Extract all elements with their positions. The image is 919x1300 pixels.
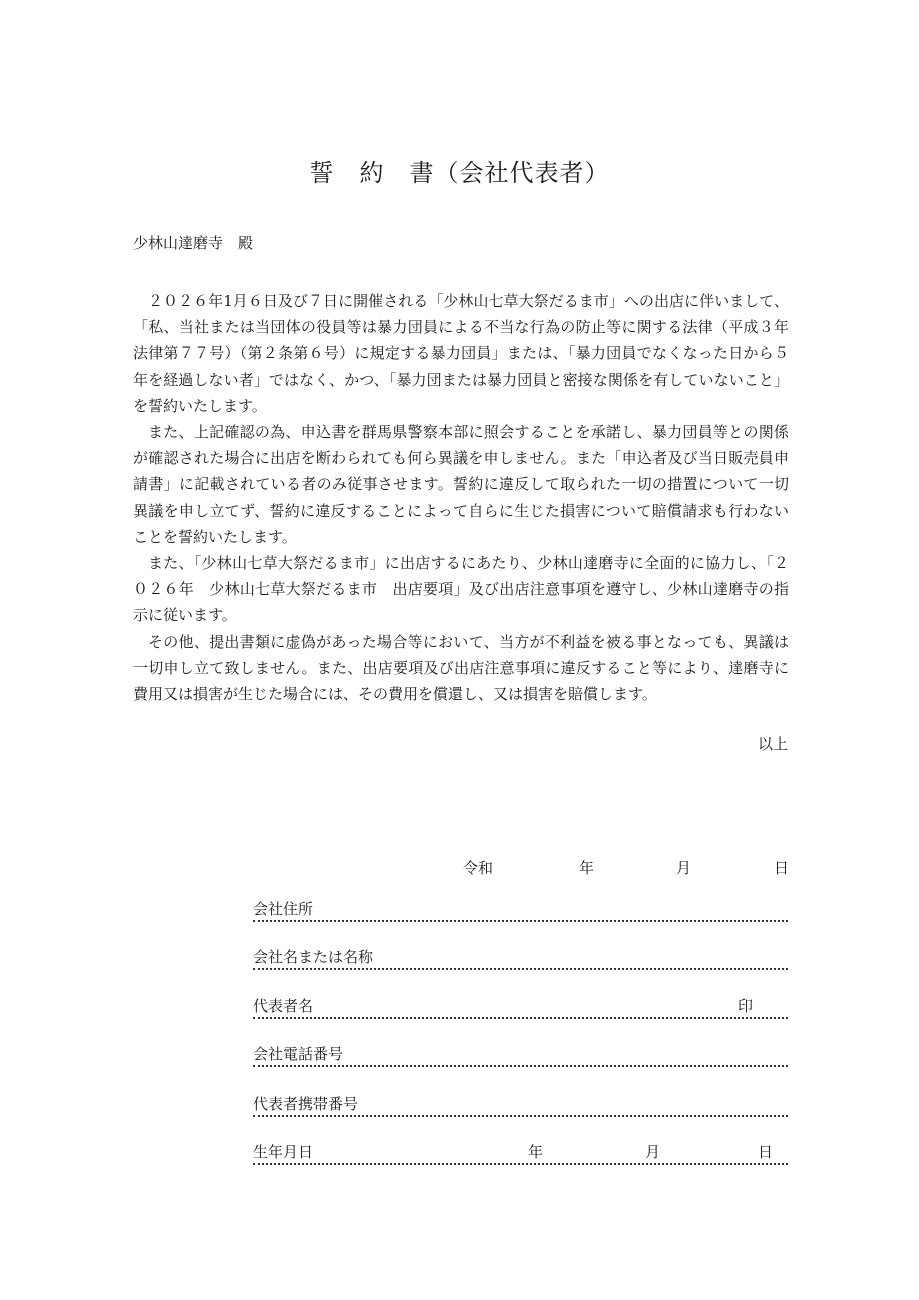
pledge-paragraph-3: また、「少林山七草大祭だるま市」に出店するにあたり、少林山達磨寺に全面的に協力し…	[133, 550, 789, 629]
pledge-paragraph-1: ２０２６年1月６日及び７日に開催される「少林山七草大祭だるま市」への出店に伴いま…	[133, 288, 789, 419]
document-page: 誓 約 書（会社代表者） 少林山達磨寺 殿 ２０２６年1月６日及び７日に開催され…	[0, 0, 919, 1300]
company-name-field[interactable]: 会社名または名称	[253, 946, 788, 970]
date-day-label: 日	[774, 857, 789, 878]
date-line[interactable]: 令和 年 月 日	[463, 857, 788, 877]
seal-mark: 印	[738, 995, 753, 1016]
birth-date-field[interactable]: 生年月日 年 月 日	[253, 1141, 788, 1165]
closing-mark: 以上	[758, 733, 788, 754]
date-month-label: 月	[676, 857, 691, 878]
birth-day-label: 日	[758, 1141, 773, 1162]
representative-name-field[interactable]: 代表者名 印	[253, 995, 788, 1019]
pledge-body: ２０２６年1月６日及び７日に開催される「少林山七草大祭だるま市」への出店に伴いま…	[133, 288, 789, 707]
representative-name-label: 代表者名	[253, 995, 313, 1016]
company-address-label: 会社住所	[253, 898, 313, 919]
company-address-field[interactable]: 会社住所	[253, 898, 788, 922]
company-phone-field[interactable]: 会社電話番号	[253, 1043, 788, 1067]
addressee: 少林山達磨寺 殿	[133, 232, 253, 253]
date-year-label: 年	[579, 857, 594, 878]
pledge-paragraph-4: その他、提出書類に虚偽があった場合等において、当方が不利益を被る事となっても、異…	[133, 629, 789, 708]
representative-mobile-field[interactable]: 代表者携帯番号	[253, 1093, 788, 1117]
company-phone-label: 会社電話番号	[253, 1043, 343, 1064]
birth-date-label: 生年月日	[253, 1141, 313, 1162]
company-name-label: 会社名または名称	[253, 946, 373, 967]
pledge-paragraph-2: また、上記確認の為、申込書を群馬県警察本部に照会することを承諾し、暴力団員等との…	[133, 419, 789, 550]
date-era: 令和	[463, 857, 493, 878]
representative-mobile-label: 代表者携帯番号	[253, 1093, 358, 1114]
birth-year-label: 年	[528, 1141, 543, 1162]
document-title: 誓 約 書（会社代表者）	[0, 153, 919, 188]
birth-month-label: 月	[645, 1141, 660, 1162]
